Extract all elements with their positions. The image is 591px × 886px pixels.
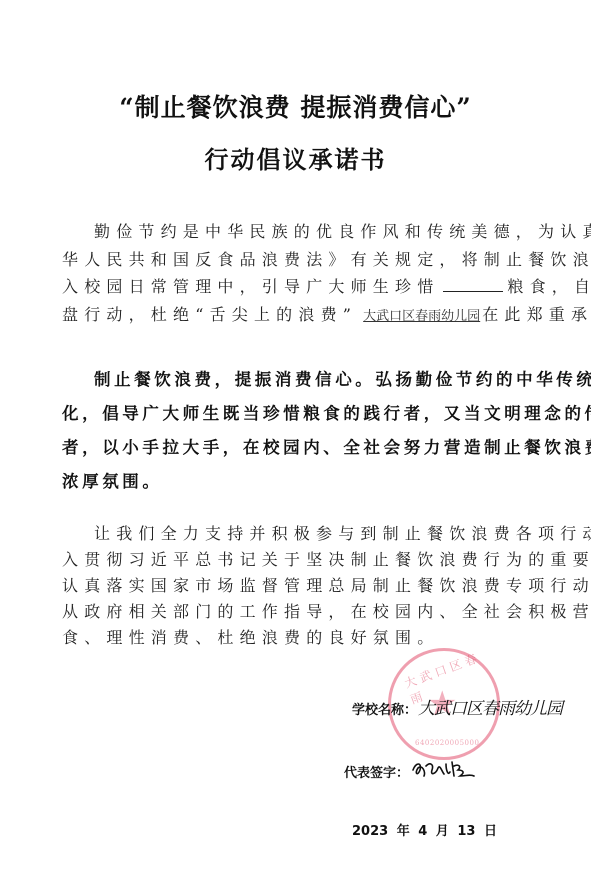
paragraph-line: 浓厚氛围。 — [62, 468, 532, 492]
paragraph-line: 制止餐饮浪费，提振消费信心。弘扬勤俭节约的中华传统文 — [94, 366, 564, 390]
handwritten-signature-icon — [410, 756, 480, 782]
paragraph-line: 勤俭节约是中华民族的优良作风和传统美德，为认真落实《中 — [94, 219, 564, 242]
paragraph-line: 让我们全力支持并积极参与到制止餐饮浪费各项行动中，深 — [94, 521, 564, 544]
line-text: 粮食，自觉践行光 — [507, 277, 591, 296]
paragraph-line: 从政府相关部门的工作指导，在校园内、全社会积极营造科学饮 — [62, 599, 532, 622]
blank-underline — [443, 277, 503, 292]
paragraph-line: 入贯彻习近平总书记关于坚决制止餐饮浪费行为的重要指示精神， — [62, 547, 532, 570]
line-text: 入校园日常管理中，引导广大师生珍惜 — [62, 277, 439, 296]
paragraph-line: 入校园日常管理中，引导广大师生珍惜粮食，自觉践行光 — [62, 274, 532, 297]
school-name-handwritten: 大武口区春雨幼儿园 — [418, 694, 562, 719]
document-subtitle: 行动倡议承诺书 — [0, 140, 591, 175]
paragraph-line: 认真落实国家市场监督管理总局制止餐饮浪费专项行动部署，服 — [62, 573, 532, 596]
representative-signature-label: 代表签字： — [344, 762, 409, 781]
seal-code: 6402020005000 — [415, 739, 479, 747]
school-name-label: 学校名称： — [352, 699, 417, 718]
document-title: “制止餐饮浪费 提振消费信心” — [0, 88, 591, 124]
document-date: 2023 年 4 月 13 日 — [352, 820, 497, 839]
school-name-filled: 大武口区春雨幼儿园 — [363, 309, 480, 324]
line-text: 盘行动，杜绝“舌尖上的浪费” — [62, 305, 357, 324]
line-text: 在此郑重承诺： — [482, 305, 591, 324]
paragraph-line: 化，倡导广大师生既当珍惜粮食的践行者，又当文明理念的传播 — [62, 400, 532, 424]
paragraph-line: 华人民共和国反食品浪费法》有关规定，将制止餐饮浪费宣传融 — [62, 247, 532, 270]
paragraph-line: 盘行动，杜绝“舌尖上的浪费”大武口区春雨幼儿园在此郑重承诺： — [62, 302, 532, 325]
paragraph-line: 食、理性消费、杜绝浪费的良好氛围。 — [62, 625, 532, 648]
paragraph-line: 者，以小手拉大手，在校园内、全社会努力营造制止餐饮浪费的 — [62, 434, 532, 458]
